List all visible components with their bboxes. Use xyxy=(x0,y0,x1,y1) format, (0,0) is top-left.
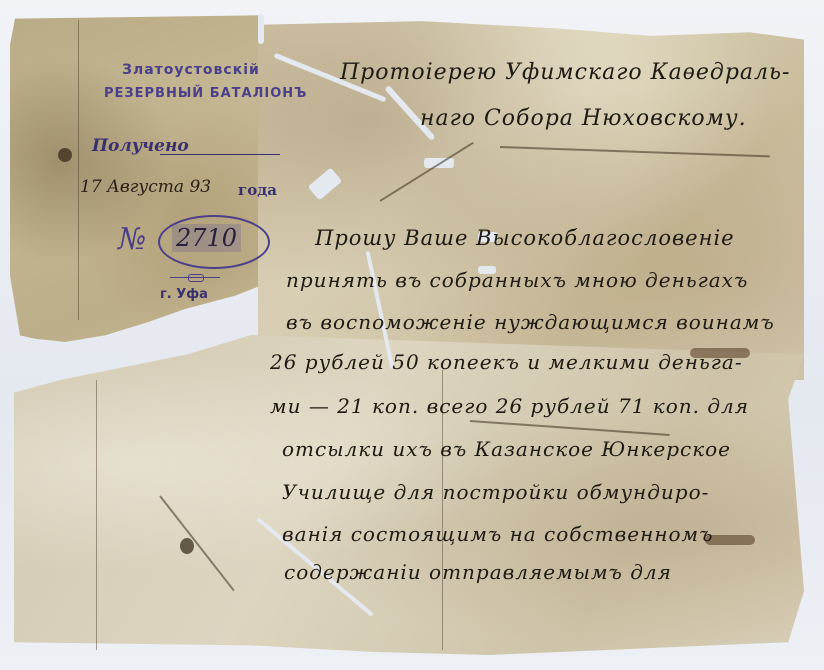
body-line: Прошу Ваше Высокоблагословеніе xyxy=(315,226,735,250)
body-line: Училище для постройки обмундиро- xyxy=(282,480,709,504)
number-sign: № xyxy=(118,222,146,257)
body-line: отсылки ихъ въ Казанское Юнкерское xyxy=(282,437,731,461)
body-line: ми — 21 коп. всего 26 рублей 71 коп. для xyxy=(270,394,749,418)
body-line: содержаніи отправляемымъ для xyxy=(284,560,672,584)
ink-stain xyxy=(180,538,194,554)
received-label: Получено xyxy=(92,136,189,156)
registration-number: 2710 xyxy=(172,224,241,252)
received-date: 17 Августа 93 xyxy=(80,177,211,197)
address-line-2: наго Собора Нюховскому. xyxy=(420,106,747,131)
fold-line xyxy=(78,20,79,320)
stamp-unit-type: РЕЗЕРВНЫЙ БАТАЛІОНЪ xyxy=(104,86,307,101)
tear-gap xyxy=(258,14,264,44)
stamp-unit-name: Златоустовскій xyxy=(122,62,260,78)
ornament-divider xyxy=(170,277,220,278)
address-line-1: Протоіерею Уфимскаго Каѳедраль- xyxy=(340,60,790,85)
body-line: ванія состоящимъ на собственномъ xyxy=(282,522,713,546)
received-underline xyxy=(160,154,280,155)
fold-line xyxy=(96,380,97,650)
stamp-city: г. Уфа xyxy=(160,287,208,302)
body-line: 26 рублей 50 копеекъ и мелкими деньга- xyxy=(270,350,743,374)
body-line: въ воспоможеніе нуждающимся воинамъ xyxy=(286,310,775,334)
date-suffix: года xyxy=(238,181,277,199)
ink-stain xyxy=(58,148,72,162)
body-line: принять въ собранныхъ мною деньгахъ xyxy=(286,268,748,292)
